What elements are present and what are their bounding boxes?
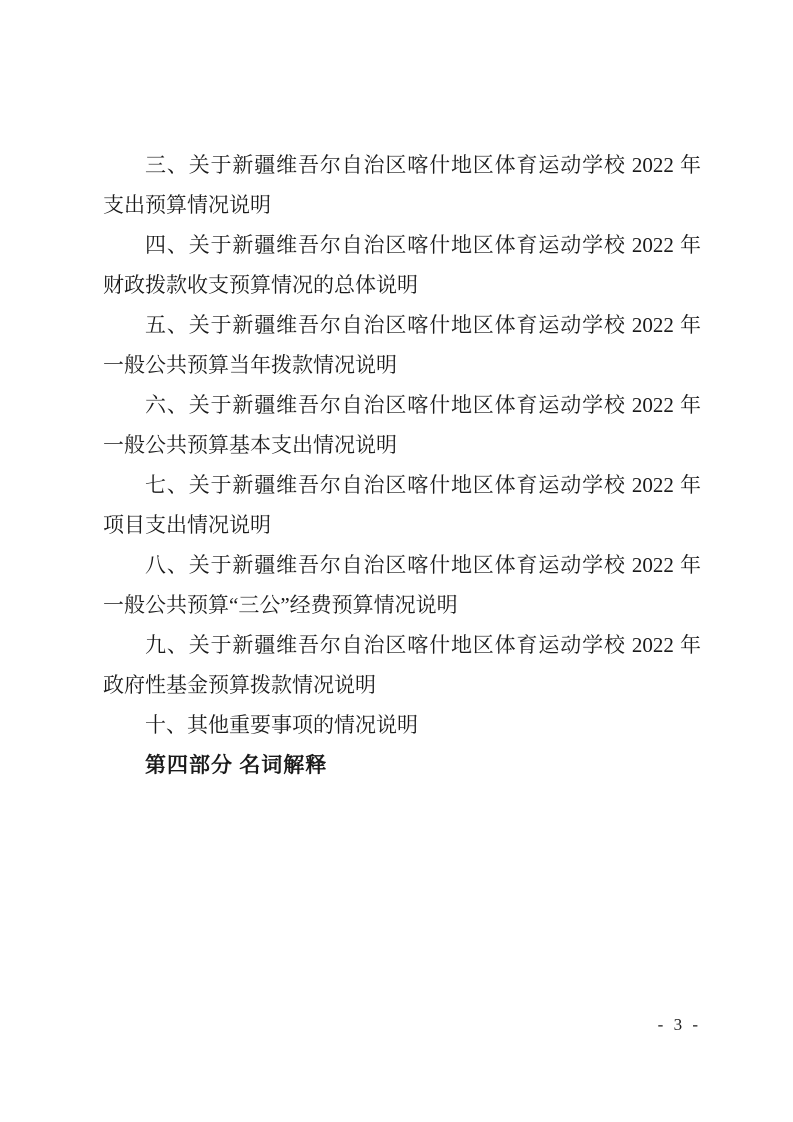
toc-entry-line: 三、关于新疆维吾尔自治区喀什地区体育运动学校 2022 年 <box>103 145 701 185</box>
toc-entry-8: 八、关于新疆维吾尔自治区喀什地区体育运动学校 2022 年 一般公共预算“三公”… <box>103 545 701 625</box>
toc-content: 三、关于新疆维吾尔自治区喀什地区体育运动学校 2022 年 支出预算情况说明 四… <box>103 145 701 785</box>
toc-entry-line: 项目支出情况说明 <box>103 505 701 545</box>
page-number: - 3 - <box>658 1015 701 1035</box>
toc-entry-line: 四、关于新疆维吾尔自治区喀什地区体育运动学校 2022 年 <box>103 225 701 265</box>
toc-entry-line: 政府性基金预算拨款情况说明 <box>103 665 701 705</box>
toc-entry-5: 五、关于新疆维吾尔自治区喀什地区体育运动学校 2022 年 一般公共预算当年拨款… <box>103 305 701 385</box>
toc-entry-3: 三、关于新疆维吾尔自治区喀什地区体育运动学校 2022 年 支出预算情况说明 <box>103 145 701 225</box>
toc-entry-line: 九、关于新疆维吾尔自治区喀什地区体育运动学校 2022 年 <box>103 625 701 665</box>
toc-entry-line: 六、关于新疆维吾尔自治区喀什地区体育运动学校 2022 年 <box>103 385 701 425</box>
toc-entry-9: 九、关于新疆维吾尔自治区喀什地区体育运动学校 2022 年 政府性基金预算拨款情… <box>103 625 701 705</box>
toc-entry-line: 财政拨款收支预算情况的总体说明 <box>103 265 701 305</box>
toc-entry-7: 七、关于新疆维吾尔自治区喀什地区体育运动学校 2022 年 项目支出情况说明 <box>103 465 701 545</box>
toc-entry-line: 一般公共预算“三公”经费预算情况说明 <box>103 585 701 625</box>
toc-entry-line: 支出预算情况说明 <box>103 185 701 225</box>
toc-entry-line: 一般公共预算基本支出情况说明 <box>103 425 701 465</box>
section-heading: 第四部分 名词解释 <box>103 745 701 785</box>
toc-entry-line: 五、关于新疆维吾尔自治区喀什地区体育运动学校 2022 年 <box>103 305 701 345</box>
toc-entry-line: 八、关于新疆维吾尔自治区喀什地区体育运动学校 2022 年 <box>103 545 701 585</box>
document-page: 三、关于新疆维吾尔自治区喀什地区体育运动学校 2022 年 支出预算情况说明 四… <box>0 0 793 1122</box>
toc-entry-4: 四、关于新疆维吾尔自治区喀什地区体育运动学校 2022 年 财政拨款收支预算情况… <box>103 225 701 305</box>
toc-entry-10: 十、其他重要事项的情况说明 <box>103 705 701 745</box>
toc-entry-line: 七、关于新疆维吾尔自治区喀什地区体育运动学校 2022 年 <box>103 465 701 505</box>
toc-entry-line: 十、其他重要事项的情况说明 <box>103 705 701 745</box>
toc-entry-6: 六、关于新疆维吾尔自治区喀什地区体育运动学校 2022 年 一般公共预算基本支出… <box>103 385 701 465</box>
toc-entry-line: 一般公共预算当年拨款情况说明 <box>103 345 701 385</box>
